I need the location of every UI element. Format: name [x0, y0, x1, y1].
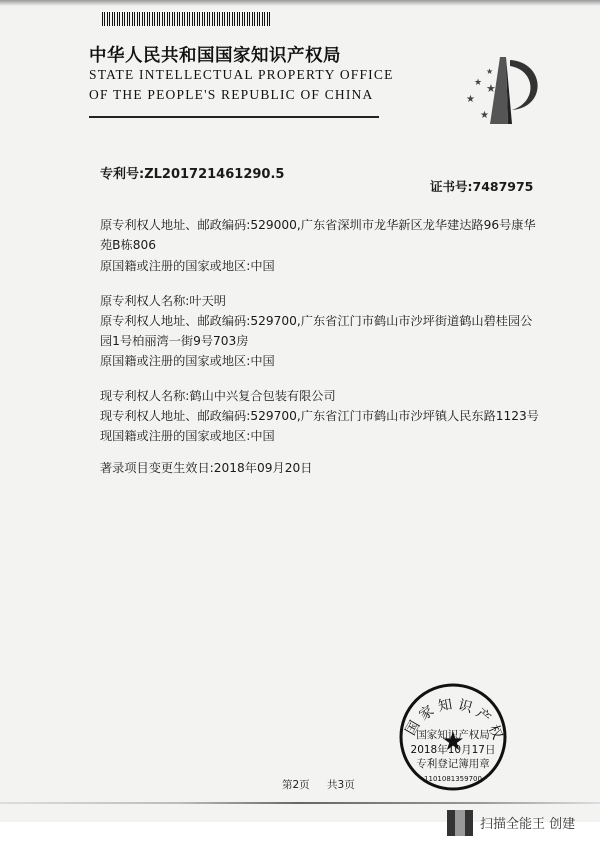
- cnipa-logo-icon: ★ ★ ★ ★ ★: [460, 52, 550, 127]
- certificate-number: 证书号:7487975: [430, 177, 533, 195]
- org-title-cn: 中华人民共和国国家知识产权局: [89, 42, 341, 67]
- svg-text:★: ★: [480, 110, 489, 121]
- orig-owner-2-name: 原专利权人名称:叶天明: [100, 292, 226, 309]
- orig-owner-1-address-2: 苑B栋806: [100, 236, 156, 253]
- orig-owner-2-address-1: 原专利权人地址、邮政编码:529700,广东省江门市鹤山市沙坪街道鹤山碧桂园公: [100, 312, 532, 329]
- current-owner-name: 现专利权人名称:鹤山中兴复合包装有限公司: [100, 387, 336, 404]
- patent-number: 专利号:ZL201721461290.5: [100, 163, 284, 182]
- scan-shadow: [0, 0, 600, 6]
- current-page: 第2页: [282, 779, 310, 791]
- stamp-line-3: 专利登记簿用章: [416, 757, 490, 770]
- stamp-line-1: 国家知识产权局: [416, 728, 490, 741]
- current-owner-nationality: 现国籍或注册的国家或地区:中国: [100, 427, 275, 444]
- page-bottom-edge: [0, 802, 600, 804]
- current-owner-address: 现专利权人地址、邮政编码:529700,广东省江门市鹤山市沙坪镇人民东路1123…: [100, 407, 539, 424]
- qr-code-icon: [447, 810, 473, 836]
- svg-text:★: ★: [474, 78, 482, 88]
- effective-date: 著录项目变更生效日:2018年09月20日: [100, 459, 312, 476]
- header-rule: [89, 116, 379, 118]
- stamp-line-2: 2018年10月17日: [411, 743, 496, 756]
- svg-text:★: ★: [486, 82, 496, 95]
- org-title-en-1: STATE INTELLECTUAL PROPERTY OFFICE: [89, 67, 394, 83]
- page-indicator: 第2页 共3页: [282, 777, 369, 792]
- orig-owner-1-address-1: 原专利权人地址、邮政编码:529000,广东省深圳市龙华新区龙华建达路96号康华: [100, 216, 536, 233]
- official-seal-icon: 国 家 知 识 产 权 局 ★ 国家知识产权局 2018年10月17日 专利登记…: [398, 682, 508, 792]
- barcode-icon: [102, 12, 272, 26]
- svg-text:★: ★: [486, 67, 493, 76]
- org-title-en-2: OF THE PEOPLE'S REPUBLIC OF CHINA: [89, 87, 373, 103]
- orig-owner-2-nationality: 原国籍或注册的国家或地区:中国: [100, 352, 275, 369]
- document-page: 中华人民共和国国家知识产权局 STATE INTELLECTUAL PROPER…: [0, 0, 600, 822]
- stamp-serial: 1101081359700: [424, 775, 482, 783]
- orig-owner-1-nationality: 原国籍或注册的国家或地区:中国: [100, 257, 275, 274]
- orig-owner-2-address-2: 园1号柏丽湾一街9号703房: [100, 332, 248, 349]
- scanner-watermark: 扫描全能王 创建: [480, 813, 575, 832]
- total-pages: 共3页: [327, 779, 355, 791]
- svg-text:★: ★: [466, 94, 475, 105]
